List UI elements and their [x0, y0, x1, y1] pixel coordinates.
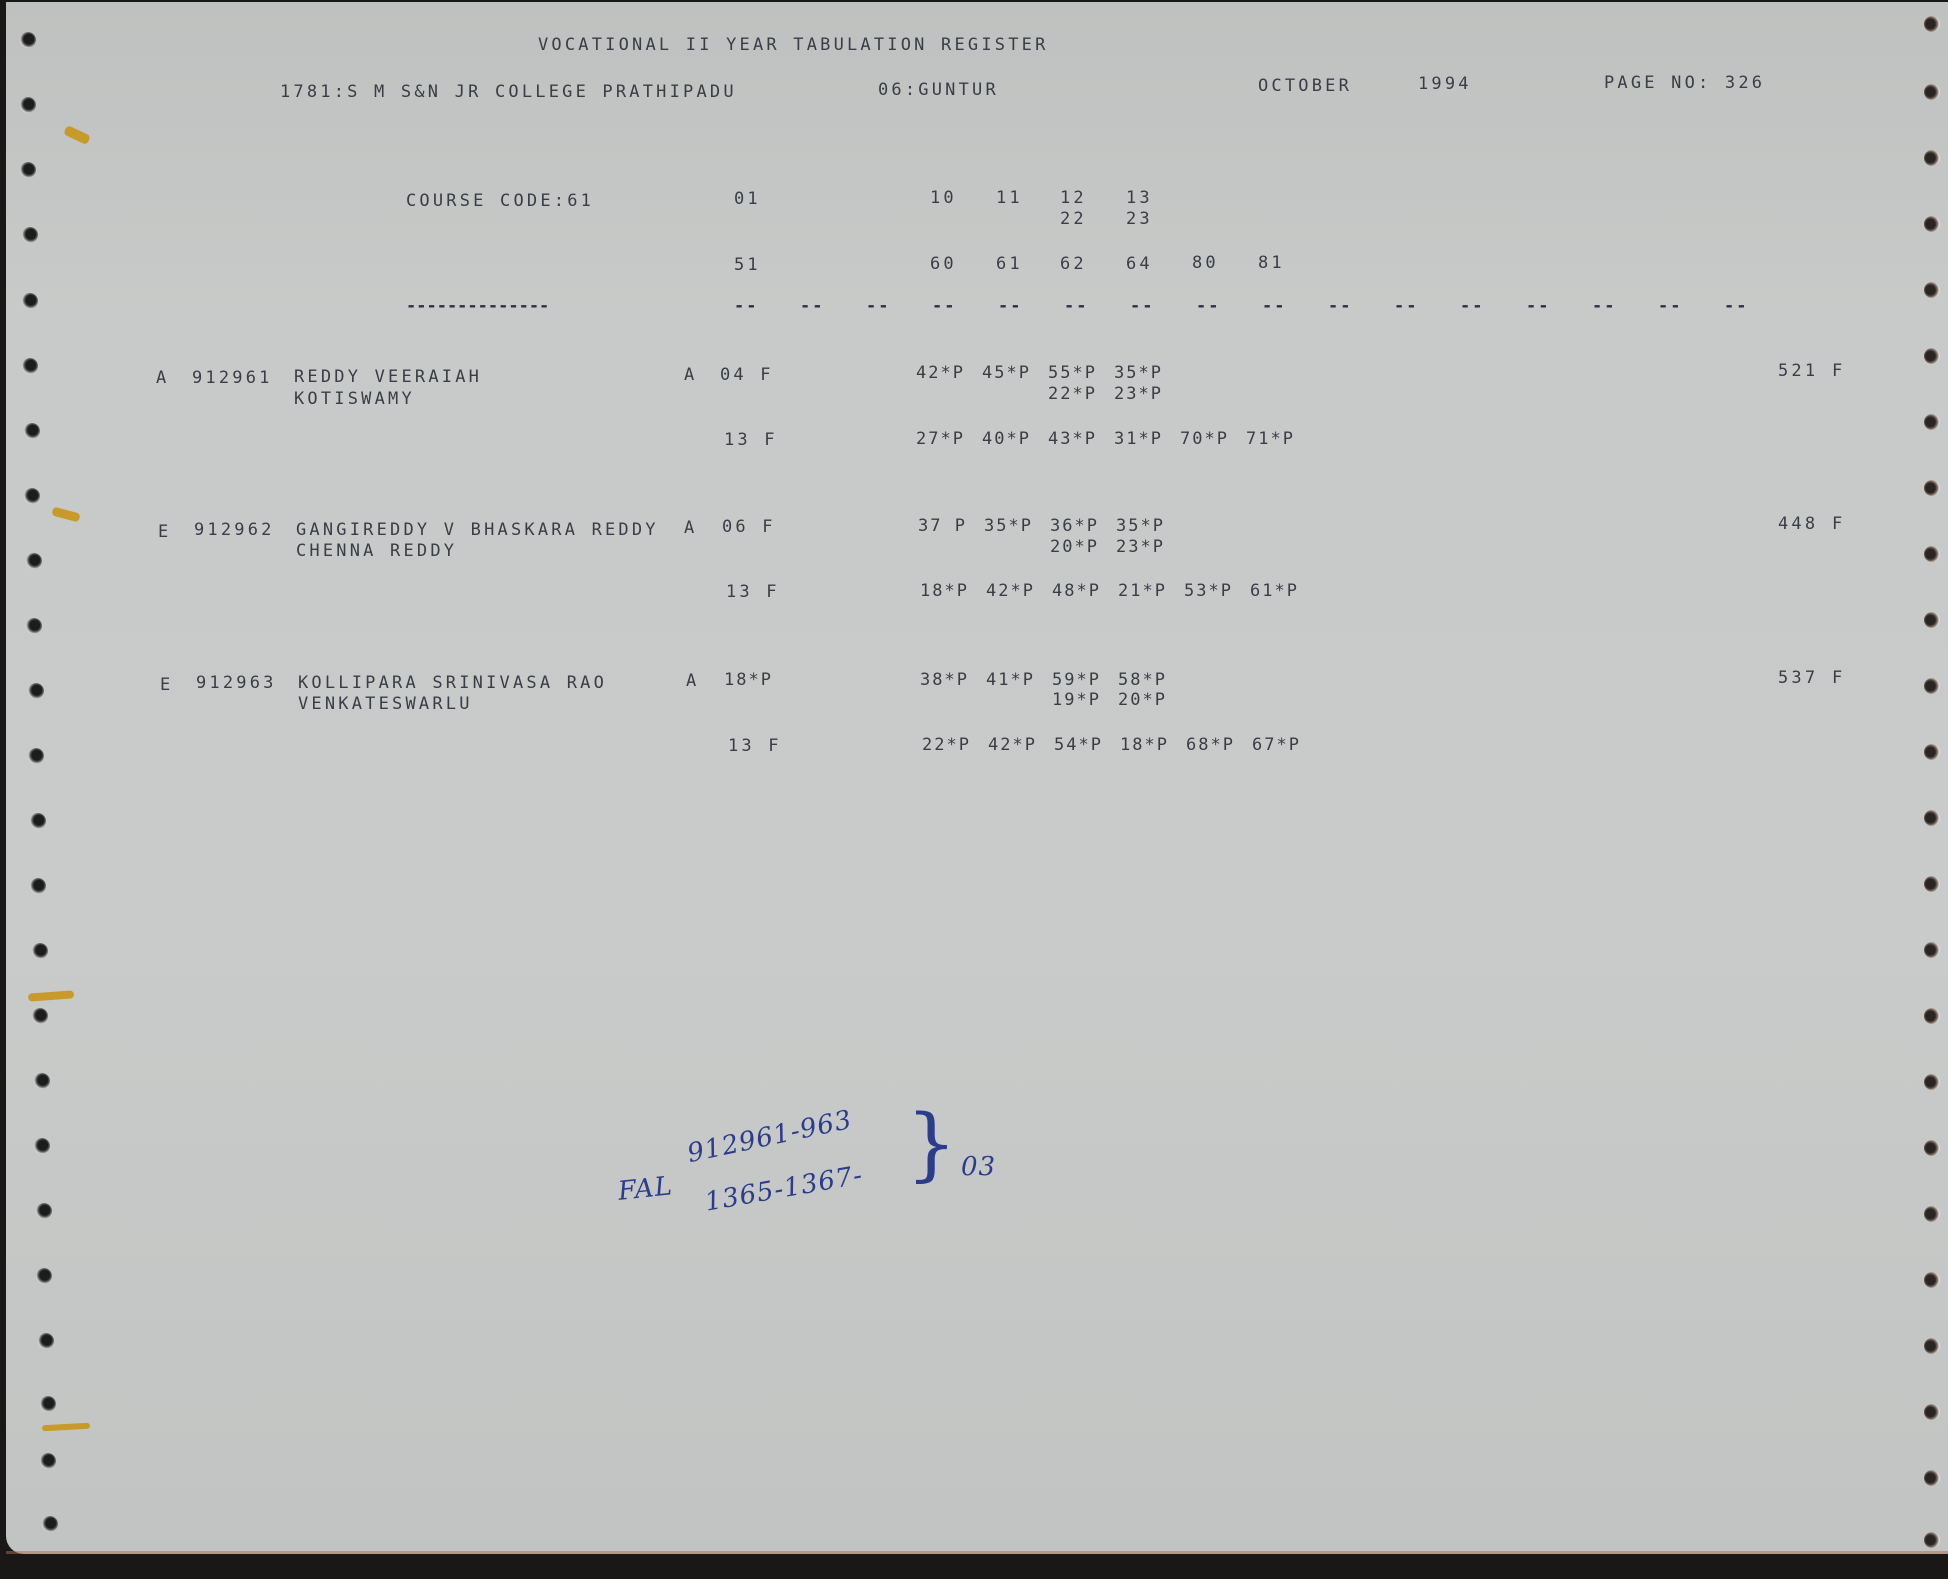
district: 06:GUNTUR [878, 80, 999, 100]
mark: 40*P [982, 429, 1031, 449]
sprocket-hole-icon [24, 488, 40, 504]
first-year-language: 18*P [724, 670, 773, 690]
col-header-60: 60 [930, 254, 957, 274]
sprocket-hole-icon [1924, 150, 1940, 166]
tabulation-register-sheet: VOCATIONAL II YEAR TABULATION REGISTER 1… [6, 2, 1948, 1554]
first-year-language: 04 F [720, 365, 774, 385]
mark: 58*P [1118, 670, 1167, 690]
mark: 19*P [1052, 690, 1101, 710]
dash-cell: -- [1196, 296, 1220, 316]
dash-cell: -- [1724, 296, 1748, 316]
binding-thread-icon [51, 507, 80, 523]
dash-cell: -- [866, 296, 890, 316]
dash-cell: -- [1328, 296, 1352, 316]
dash-cell: -- [1064, 296, 1088, 316]
student-status: A [686, 671, 699, 691]
sprocket-hole-icon [1924, 480, 1940, 496]
col-header-61: 61 [996, 254, 1023, 274]
dash-cell: -- [1592, 296, 1616, 316]
sprocket-hole-icon [30, 813, 46, 829]
sprocket-hole-icon [1924, 1338, 1940, 1354]
sprocket-hole-icon [36, 1268, 52, 1284]
student-category: E [158, 522, 171, 542]
sprocket-hole-icon [22, 227, 38, 243]
mark: 61*P [1250, 581, 1299, 601]
sprocket-hole-icon [40, 1396, 56, 1412]
sprocket-hole-icon [38, 1333, 54, 1349]
col-header-51: 51 [734, 255, 761, 275]
mark: 41*P [986, 670, 1035, 690]
sprocket-hole-icon [1924, 1272, 1940, 1288]
course-code-label: COURSE CODE:61 [406, 191, 594, 211]
dash-cell: -- [1460, 296, 1484, 316]
sprocket-hole-icon [34, 1138, 50, 1154]
col-header-10: 10 [930, 188, 957, 208]
mark: 20*P [1050, 537, 1099, 557]
name-underline: -------------- [406, 296, 549, 316]
mark: 31*P [1114, 429, 1163, 449]
mark: 53*P [1184, 581, 1233, 601]
parent-name: KOTISWAMY [294, 389, 415, 409]
total-marks: 537 [1778, 668, 1818, 688]
parent-name: CHENNA REDDY [296, 541, 457, 561]
sprocket-hole-icon [28, 748, 44, 764]
sprocket-hole-icon [36, 1203, 52, 1219]
mark: 21*P [1118, 581, 1167, 601]
student-category: A [156, 368, 169, 388]
sprocket-hole-icon [1924, 216, 1940, 232]
mark: 42*P [988, 735, 1037, 755]
col-header-22: 22 [1060, 209, 1087, 229]
sprocket-hole-icon [1924, 282, 1940, 298]
mark: 45*P [982, 363, 1031, 383]
sprocket-hole-icon [24, 423, 40, 439]
col-header-23: 23 [1126, 209, 1153, 229]
dash-cell: -- [1526, 296, 1550, 316]
student-status: A [684, 365, 697, 385]
exam-month: OCTOBER [1258, 76, 1352, 96]
binding-thread-icon [28, 990, 74, 1001]
binding-thread-icon [63, 125, 91, 145]
mark: 35*P [984, 516, 1033, 536]
col-header-62: 62 [1060, 254, 1087, 274]
handwritten-count: 03 [961, 1152, 996, 1182]
col-header-81: 81 [1258, 253, 1285, 273]
second-year-language: 13 F [726, 582, 780, 602]
mark: 70*P [1180, 429, 1229, 449]
sprocket-hole-icon [32, 1008, 48, 1024]
sprocket-hole-icon [28, 683, 44, 699]
mark: 35*P [1114, 363, 1163, 383]
sprocket-hole-icon [32, 943, 48, 959]
sprocket-hole-icon [20, 32, 36, 48]
exam-year: 1994 [1418, 74, 1472, 94]
mark: 22*P [1048, 384, 1097, 404]
mark: 18*P [1120, 735, 1169, 755]
sprocket-hole-icon [26, 618, 42, 634]
col-header-64: 64 [1126, 254, 1153, 274]
handwritten-range-2: 1365-1367- [703, 1160, 866, 1217]
student-name: GANGIREDDY V BHASKARA REDDY [296, 520, 659, 540]
sprocket-hole-icon [1924, 84, 1940, 100]
mark: 38*P [920, 670, 969, 690]
sprocket-hole-icon [40, 1453, 56, 1469]
sprocket-hole-icon [20, 162, 36, 178]
mark: 35*P [1116, 516, 1165, 536]
mark: 48*P [1052, 581, 1101, 601]
sprocket-hole-icon [42, 1516, 58, 1532]
parent-name: VENKATESWARLU [298, 694, 473, 714]
dash-cell: -- [734, 296, 758, 316]
binding-thread-icon [42, 1423, 90, 1432]
second-year-language: 13 F [728, 736, 782, 756]
mark: 36*P [1050, 516, 1099, 536]
dash-cell: -- [932, 296, 956, 316]
mark: 18*P [920, 581, 969, 601]
col-header-80: 80 [1192, 253, 1219, 273]
brace-icon: } [906, 1104, 957, 1184]
result: F [1832, 514, 1845, 534]
sprocket-hole-icon [26, 553, 42, 569]
hall-ticket-number: 912961 [192, 368, 273, 388]
dash-cell: -- [998, 296, 1022, 316]
result: F [1832, 361, 1845, 381]
student-name: REDDY VEERAIAH [294, 367, 482, 387]
mark: 22*P [922, 735, 971, 755]
total-marks: 448 [1778, 514, 1818, 534]
sprocket-hole-icon [1924, 876, 1940, 892]
mark: 59*P [1052, 670, 1101, 690]
student-status: A [684, 518, 697, 538]
mark: 71*P [1246, 429, 1295, 449]
handwritten-prefix: FAL [617, 1171, 675, 1207]
sprocket-hole-icon [1924, 414, 1940, 430]
mark: 27*P [916, 429, 965, 449]
mark: 68*P [1186, 735, 1235, 755]
mark: 67*P [1252, 735, 1301, 755]
sprocket-hole-icon [22, 293, 38, 309]
col-header-13: 13 [1126, 188, 1153, 208]
handwritten-range-1: 912961-963 [685, 1105, 855, 1169]
sprocket-hole-icon [1924, 16, 1940, 32]
sprocket-hole-icon [30, 878, 46, 894]
student-category: E [160, 675, 173, 695]
first-year-language: 06 F [722, 517, 776, 537]
sprocket-hole-icon [1924, 546, 1940, 562]
mark: 20*P [1118, 690, 1167, 710]
sprocket-hole-icon [1924, 348, 1940, 364]
sprocket-hole-icon [1924, 942, 1940, 958]
sprocket-hole-icon [1924, 1206, 1940, 1222]
sprocket-hole-icon [20, 97, 36, 113]
sprocket-hole-icon [22, 358, 38, 374]
dash-cell: -- [1262, 296, 1286, 316]
col-header-12: 12 [1060, 188, 1087, 208]
sprocket-hole-icon [1924, 810, 1940, 826]
page-number: PAGE NO: 326 [1604, 73, 1765, 93]
mark: 42*P [986, 581, 1035, 601]
mark: 23*P [1116, 537, 1165, 557]
sprocket-hole-icon [1924, 1532, 1940, 1548]
student-name: KOLLIPARA SRINIVASA RAO [298, 673, 607, 693]
hall-ticket-number: 912962 [194, 520, 275, 540]
sprocket-hole-icon [1924, 1404, 1940, 1420]
total-marks: 521 [1778, 361, 1818, 381]
result: F [1832, 668, 1845, 688]
hall-ticket-number: 912963 [196, 673, 277, 693]
sprocket-hole-icon [1924, 1140, 1940, 1156]
college-name: 1781:S M S&N JR COLLEGE PRATHIPADU [280, 82, 737, 102]
dash-cell: -- [800, 296, 824, 316]
sprocket-hole-icon [1924, 1470, 1940, 1486]
col-header-01: 01 [734, 189, 761, 209]
mark: 37 P [918, 516, 967, 536]
second-year-language: 13 F [724, 430, 778, 450]
dash-cell: -- [1658, 296, 1682, 316]
register-title: VOCATIONAL II YEAR TABULATION REGISTER [538, 35, 1049, 55]
dash-cell: -- [1394, 296, 1418, 316]
mark: 42*P [916, 363, 965, 383]
mark: 54*P [1054, 735, 1103, 755]
sprocket-hole-icon [1924, 1008, 1940, 1024]
dash-cell: -- [1130, 296, 1154, 316]
mark: 23*P [1114, 384, 1163, 404]
sprocket-hole-icon [1924, 678, 1940, 694]
sprocket-hole-icon [34, 1073, 50, 1089]
mark: 43*P [1048, 429, 1097, 449]
sprocket-hole-icon [1924, 744, 1940, 760]
mark: 55*P [1048, 363, 1097, 383]
sprocket-hole-icon [1924, 612, 1940, 628]
sprocket-hole-icon [1924, 1074, 1940, 1090]
col-header-11: 11 [996, 188, 1023, 208]
